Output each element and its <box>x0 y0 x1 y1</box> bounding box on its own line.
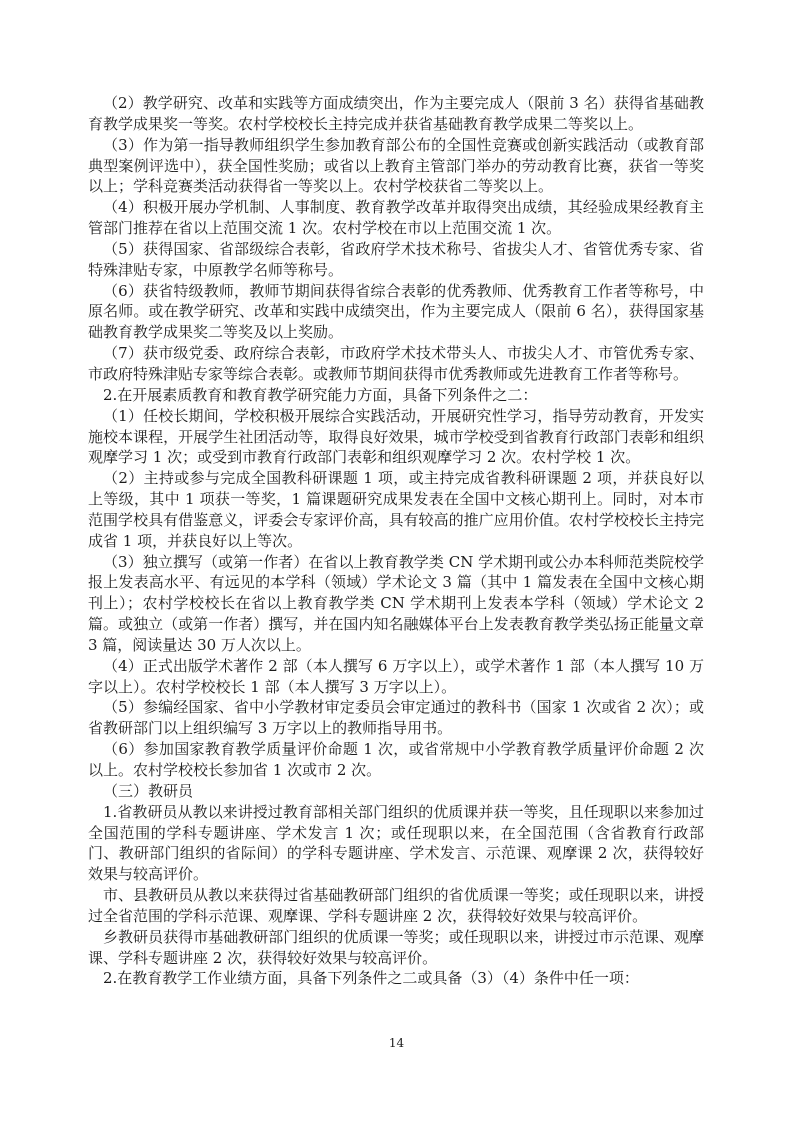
page-number: 14 <box>389 1036 404 1050</box>
paragraph: 1.省教研员从教以来讲授过教育部相关部门组织的优质课并获一等奖，且任现职以来参加… <box>88 802 704 885</box>
document-body: （2）教学研究、改革和实践等方面成绩突出，作为主要完成人（限前 3 名）获得省基… <box>88 93 704 989</box>
paragraph: （3）作为第一指导教师组织学生参加教育部公布的全国性竞赛或创新实践活动（或教育部… <box>88 135 704 198</box>
paragraph: （2）主持或参与完成全国教科研课题 1 项，或主持完成省教科研课题 2 项，并获… <box>88 468 704 551</box>
page-footer: 14 <box>0 1036 793 1050</box>
paragraph: （3）独立撰写（或第一作者）在省以上教育教学类 CN 学术期刊或公办本科师范类院… <box>88 552 704 656</box>
document-page: （2）教学研究、改革和实践等方面成绩突出，作为主要完成人（限前 3 名）获得省基… <box>0 0 793 1122</box>
paragraph: （4）正式出版学术著作 2 部（本人撰写 6 万字以上），或学术著作 1 部（本… <box>88 656 704 698</box>
paragraph: （1）任校长期间，学校积极开展综合实践活动，开展研究性学习，指导劳动教育，开发实… <box>88 406 704 469</box>
paragraph: 2.在开展素质教育和教育教学研究能力方面，具备下列条件之二： <box>88 385 704 406</box>
paragraph: （4）积极开展办学机制、人事制度、教育教学改革并取得突出成绩，其经验成果经教育主… <box>88 197 704 239</box>
paragraph: （5）获得国家、省部级综合表彰，省政府学术技术称号、省拔尖人才、省管优秀专家、省… <box>88 239 704 281</box>
paragraph: （2）教学研究、改革和实践等方面成绩突出，作为主要完成人（限前 3 名）获得省基… <box>88 93 704 135</box>
paragraph: （6）参加国家教育教学质量评价命题 1 次，或省常规中小学教育教学质量评价命题 … <box>88 739 704 781</box>
paragraph: 市、县教研员从教以来获得过省基础教研部门组织的省优质课一等奖；或任现职以来，讲授… <box>88 885 704 927</box>
paragraph: （6）获省特级教师，教师节期间获得省综合表彰的优秀教师、优秀教育工作者等称号，中… <box>88 281 704 344</box>
paragraph: （7）获市级党委、政府综合表彰，市政府学术技术带头人、市拔尖人才、市管优秀专家、… <box>88 343 704 385</box>
paragraph: （5）参编经国家、省中小学教材审定委员会审定通过的教科书（国家 1 次或省 2 … <box>88 697 704 739</box>
paragraph: （三）教研员 <box>88 781 704 802</box>
paragraph: 乡教研员获得市基础教研部门组织的优质课一等奖；或任现职以来，讲授过市示范课、观摩… <box>88 927 704 969</box>
paragraph: 2.在教育教学工作业绩方面，具备下列条件之二或具备（3）（4）条件中任一项： <box>88 968 704 989</box>
